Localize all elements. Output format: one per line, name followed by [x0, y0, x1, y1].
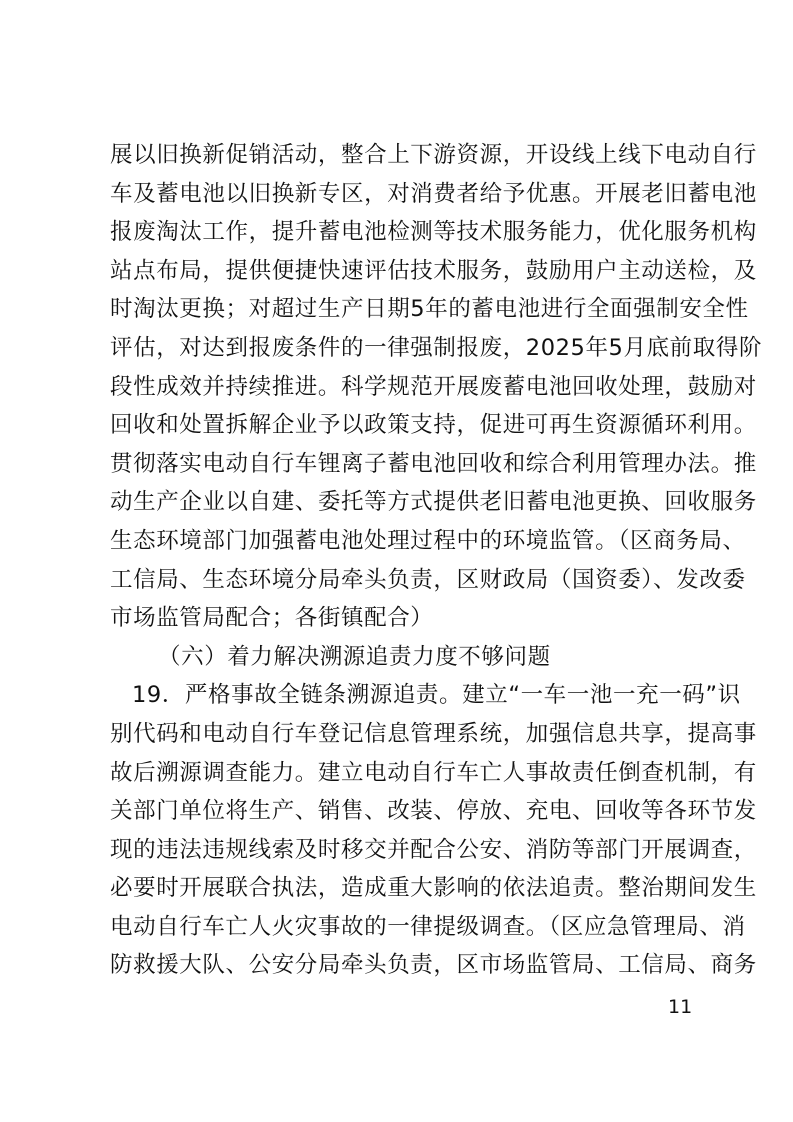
text-line: 站点布局，提供便捷快速评估技术服务，鼓励用户主动送检，及 [110, 252, 710, 291]
text-line: 市场监管局配合；各街镇配合） [110, 599, 710, 638]
text-line: 防救援大队、公安分局牵头负责，区市场监管局、工信局、商务 [110, 946, 710, 985]
text-line: 回收和处置拆解企业予以政策支持，促进可再生资源循环利用。 [110, 406, 710, 445]
text-line: 贯彻落实电动自行车锂离子蓄电池回收和综合利用管理办法。推 [110, 445, 710, 484]
text-line: 故后溯源调查能力。建立电动自行车亡人事故责任倒查机制，有 [110, 754, 710, 793]
page-number: 11 [668, 996, 692, 1018]
text-line: 评估，对达到报废条件的一律强制报废，2025年5月底前取得阶 [110, 329, 710, 368]
text-line: 工信局、生态环境分局牵头负责，区财政局（国资委）、发改委 [110, 561, 710, 600]
text-line: 生态环境部门加强蓄电池处理过程中的环境监管。（区商务局、 [110, 522, 710, 561]
text-line: 电动自行车亡人火灾事故的一律提级调查。（区应急管理局、消 [110, 908, 710, 947]
text-line: 动生产企业以自建、委托等方式提供老旧蓄电池更换、回收服务 [110, 483, 710, 522]
document-page: 展以旧换新促销活动，整合上下游资源，开设线上线下电动自行 车及蓄电池以旧换新专区… [0, 0, 793, 1122]
text-line: 车及蓄电池以旧换新专区，对消费者给予优惠。开展老旧蓄电池 [110, 175, 710, 214]
text-line: 报废淘汰工作，提升蓄电池检测等技术服务能力，优化服务机构 [110, 213, 710, 252]
section-heading: （六）着力解决溯源追责力度不够问题 [110, 638, 710, 677]
text-line: 必要时开展联合执法，造成重大影响的依法追责。整治期间发生 [110, 869, 710, 908]
text-line: 别代码和电动自行车登记信息管理系统，加强信息共享，提高事 [110, 715, 710, 754]
text-line: 段性成效并持续推进。科学规范开展废蓄电池回收处理，鼓励对 [110, 368, 710, 407]
body-text: 展以旧换新促销活动，整合上下游资源，开设线上线下电动自行 车及蓄电池以旧换新专区… [110, 136, 710, 985]
item-heading-line: 19．严格事故全链条溯源追责。建立“一车一池一充一码”识 [110, 676, 710, 715]
text-line: 现的违法违规线索及时移交并配合公安、消防等部门开展调查， [110, 831, 710, 870]
text-line: 关部门单位将生产、销售、改装、停放、充电、回收等各环节发 [110, 792, 710, 831]
text-line: 展以旧换新促销活动，整合上下游资源，开设线上线下电动自行 [110, 136, 710, 175]
text-line: 时淘汰更换；对超过生产日期5年的蓄电池进行全面强制安全性 [110, 290, 710, 329]
